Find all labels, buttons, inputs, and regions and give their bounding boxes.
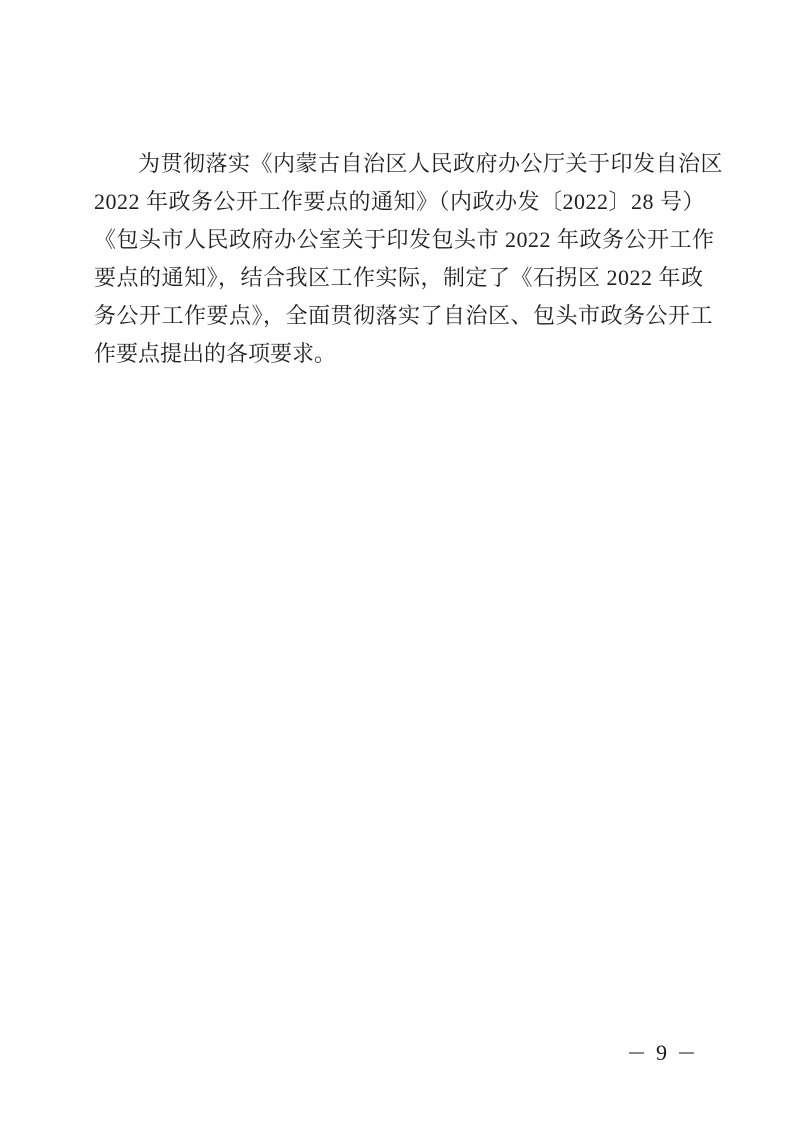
- page-number: 9: [656, 1042, 667, 1063]
- paragraph-line: 《包头市人民政府办公室关于印发包头市 2022 年政务公开工作: [94, 221, 694, 259]
- body-paragraph: 为贯彻落实《内蒙古自治区人民政府办公厅关于印发自治区 2022 年政务公开工作要…: [94, 145, 694, 373]
- page-number-dash-right: [679, 1052, 694, 1054]
- paragraph-line: 为贯彻落实《内蒙古自治区人民政府办公厅关于印发自治区: [94, 145, 694, 183]
- paragraph-line: 作要点提出的各项要求。: [94, 335, 694, 373]
- document-page: 为贯彻落实《内蒙古自治区人民政府办公厅关于印发自治区 2022 年政务公开工作要…: [0, 0, 793, 1122]
- page-number-dash-left: [629, 1052, 644, 1054]
- paragraph-line: 要点的通知》，结合我区工作实际，制定了《石拐区 2022 年政: [94, 259, 694, 297]
- paragraph-line: 务公开工作要点》，全面贯彻落实了自治区、包头市政务公开工: [94, 297, 694, 335]
- page-footer: 9: [629, 1042, 694, 1063]
- paragraph-line: 2022 年政务公开工作要点的通知》（内政办发〔2022〕28 号）: [94, 183, 694, 221]
